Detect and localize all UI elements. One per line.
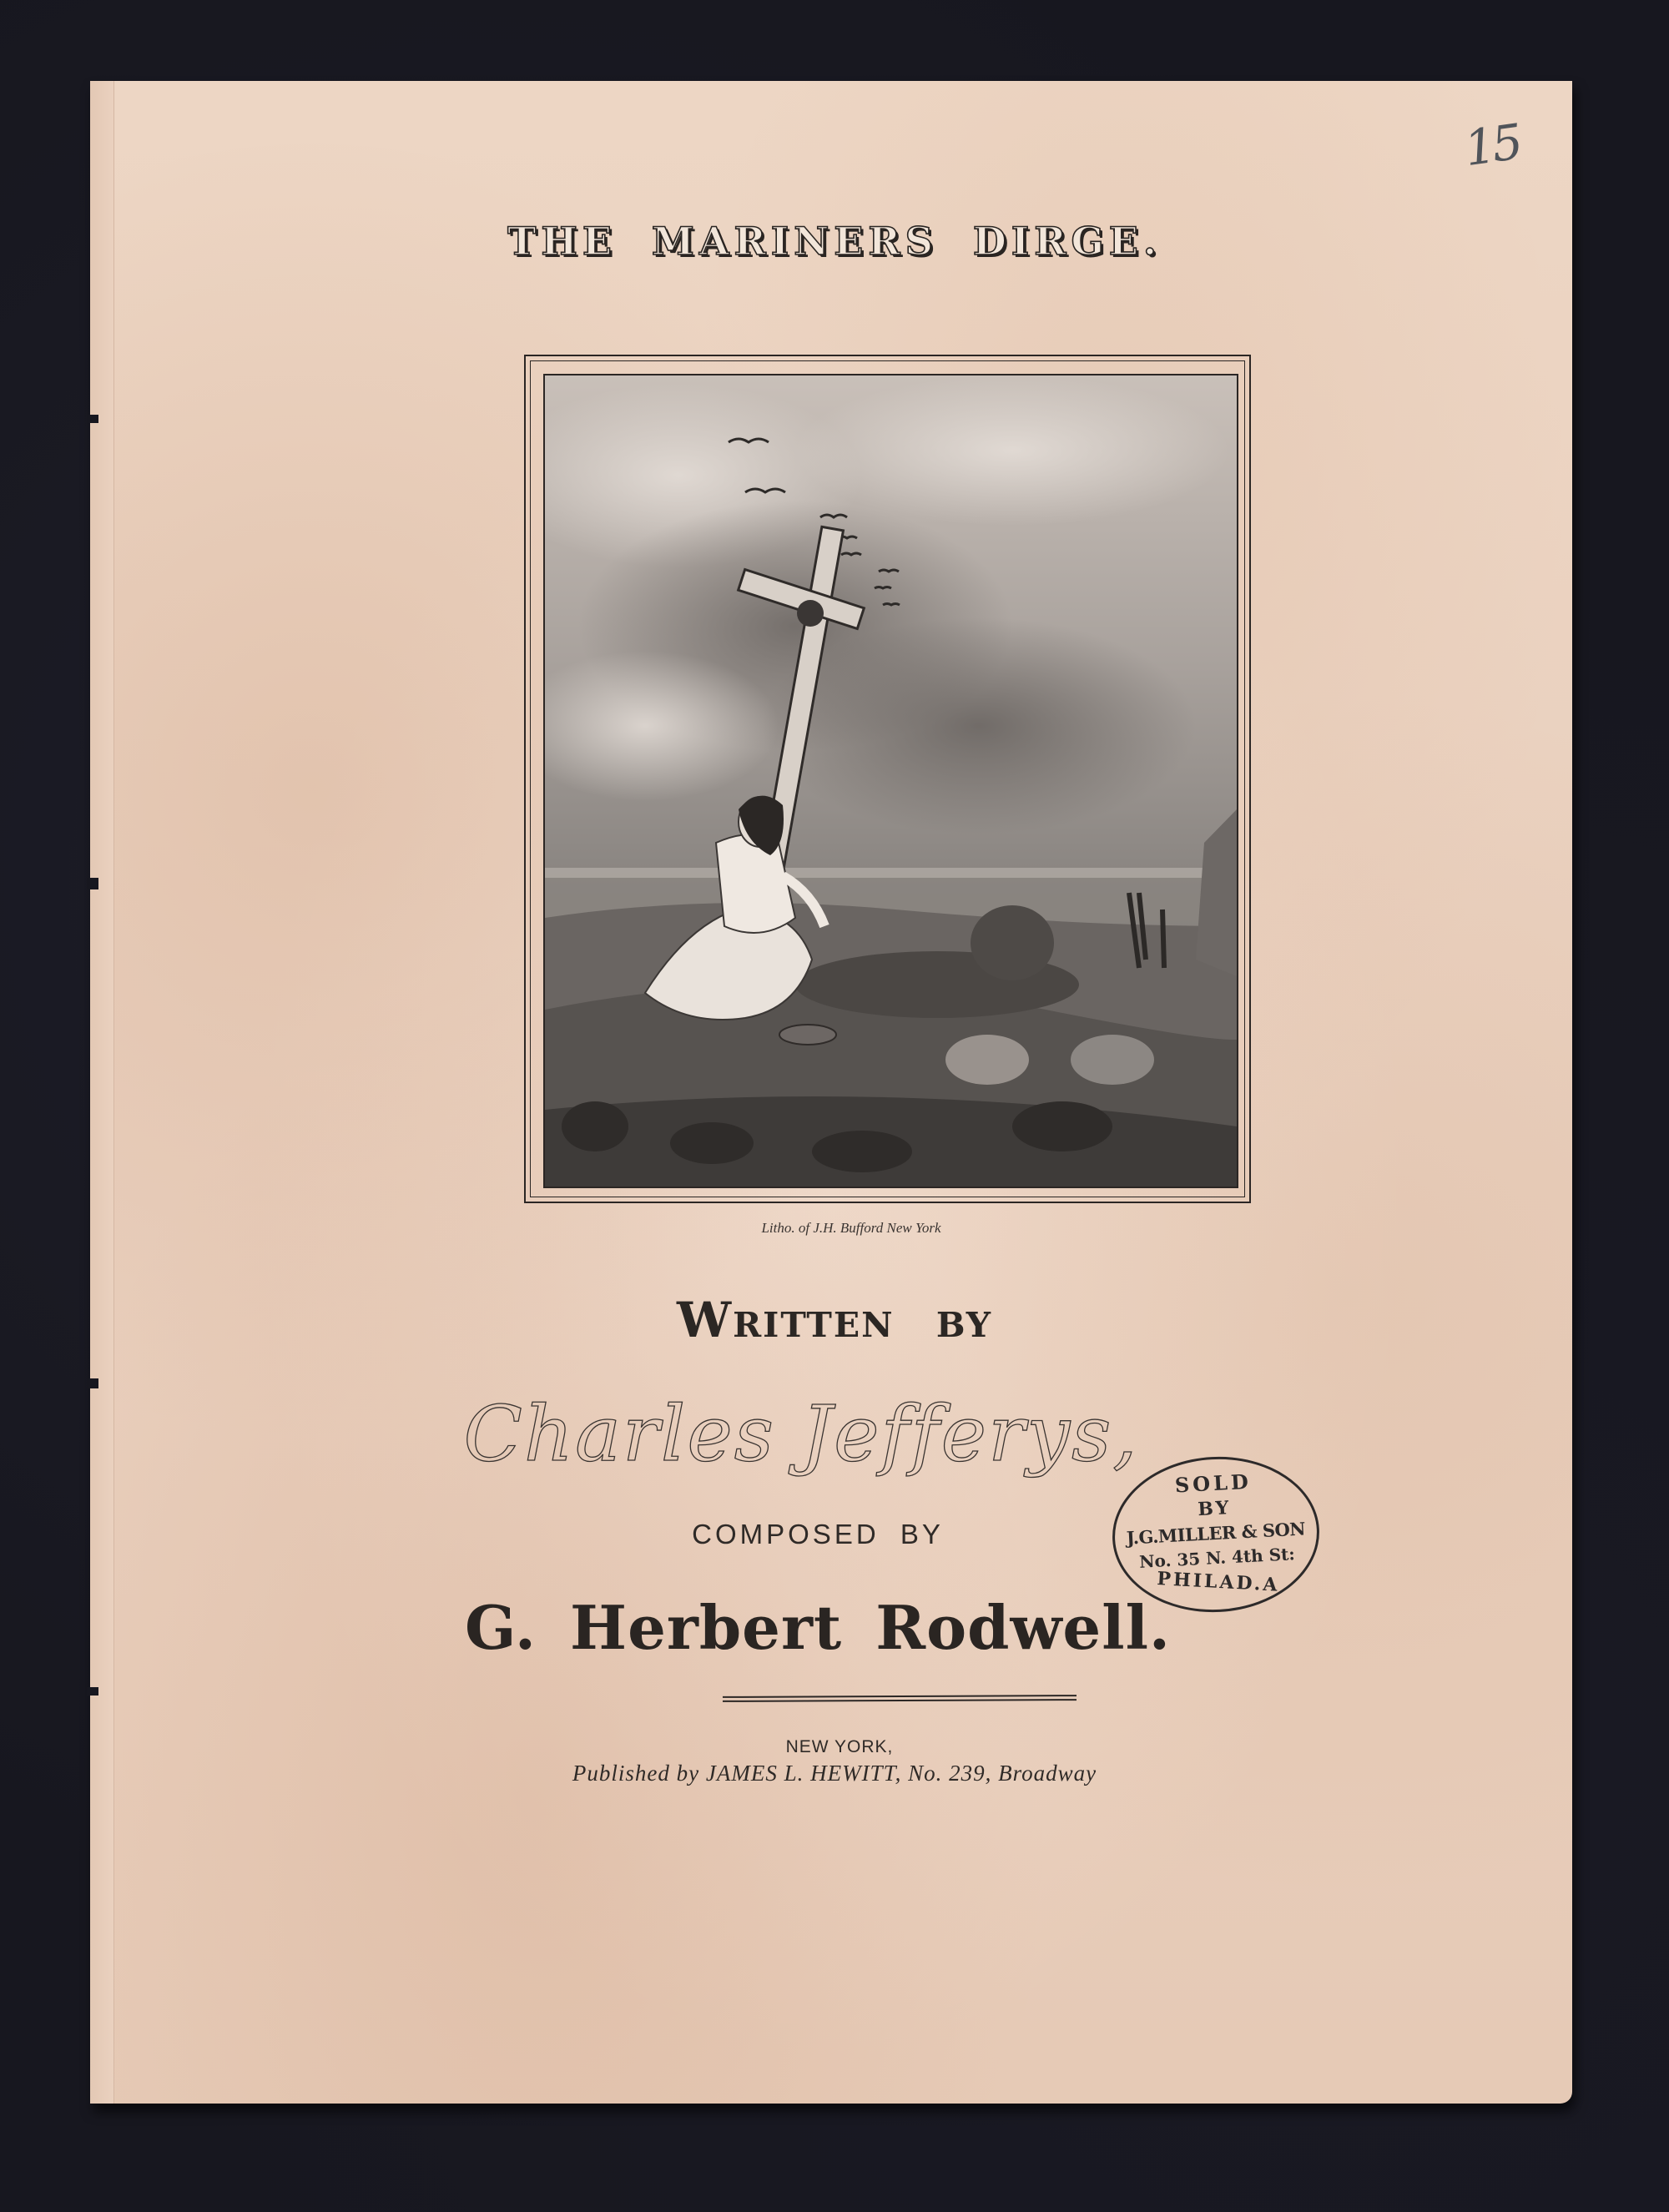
stamp-line-city: PHILAD.A (1117, 1566, 1319, 1599)
paper-left-edge (90, 81, 114, 2104)
publisher-line: Published by JAMES L. HEWITT, No. 239, B… (0, 1761, 1669, 1786)
written-by-label: Written by (0, 1292, 1669, 1348)
publisher-city: NEW YORK, (0, 1737, 1669, 1757)
paper-tear (87, 1378, 98, 1388)
lithograph-illustration (543, 374, 1238, 1188)
paper-tear (87, 1687, 98, 1696)
composer-name: G. Herbert Rodwell. (0, 1592, 1669, 1663)
paper-tear (87, 415, 98, 423)
composed-by-label: COMPOSED BY (0, 1519, 1669, 1550)
song-title: THE MARINERS DIRGE. (0, 219, 1669, 264)
lithographer-credit: Litho. of J.H. Bufford New York (0, 1220, 1669, 1237)
paper-tear (87, 878, 98, 889)
handwritten-page-number: 15 (1461, 113, 1524, 177)
lithograph-scene (545, 375, 1237, 1187)
lyricist-name: Charles Jefferys, (0, 1389, 1669, 1479)
